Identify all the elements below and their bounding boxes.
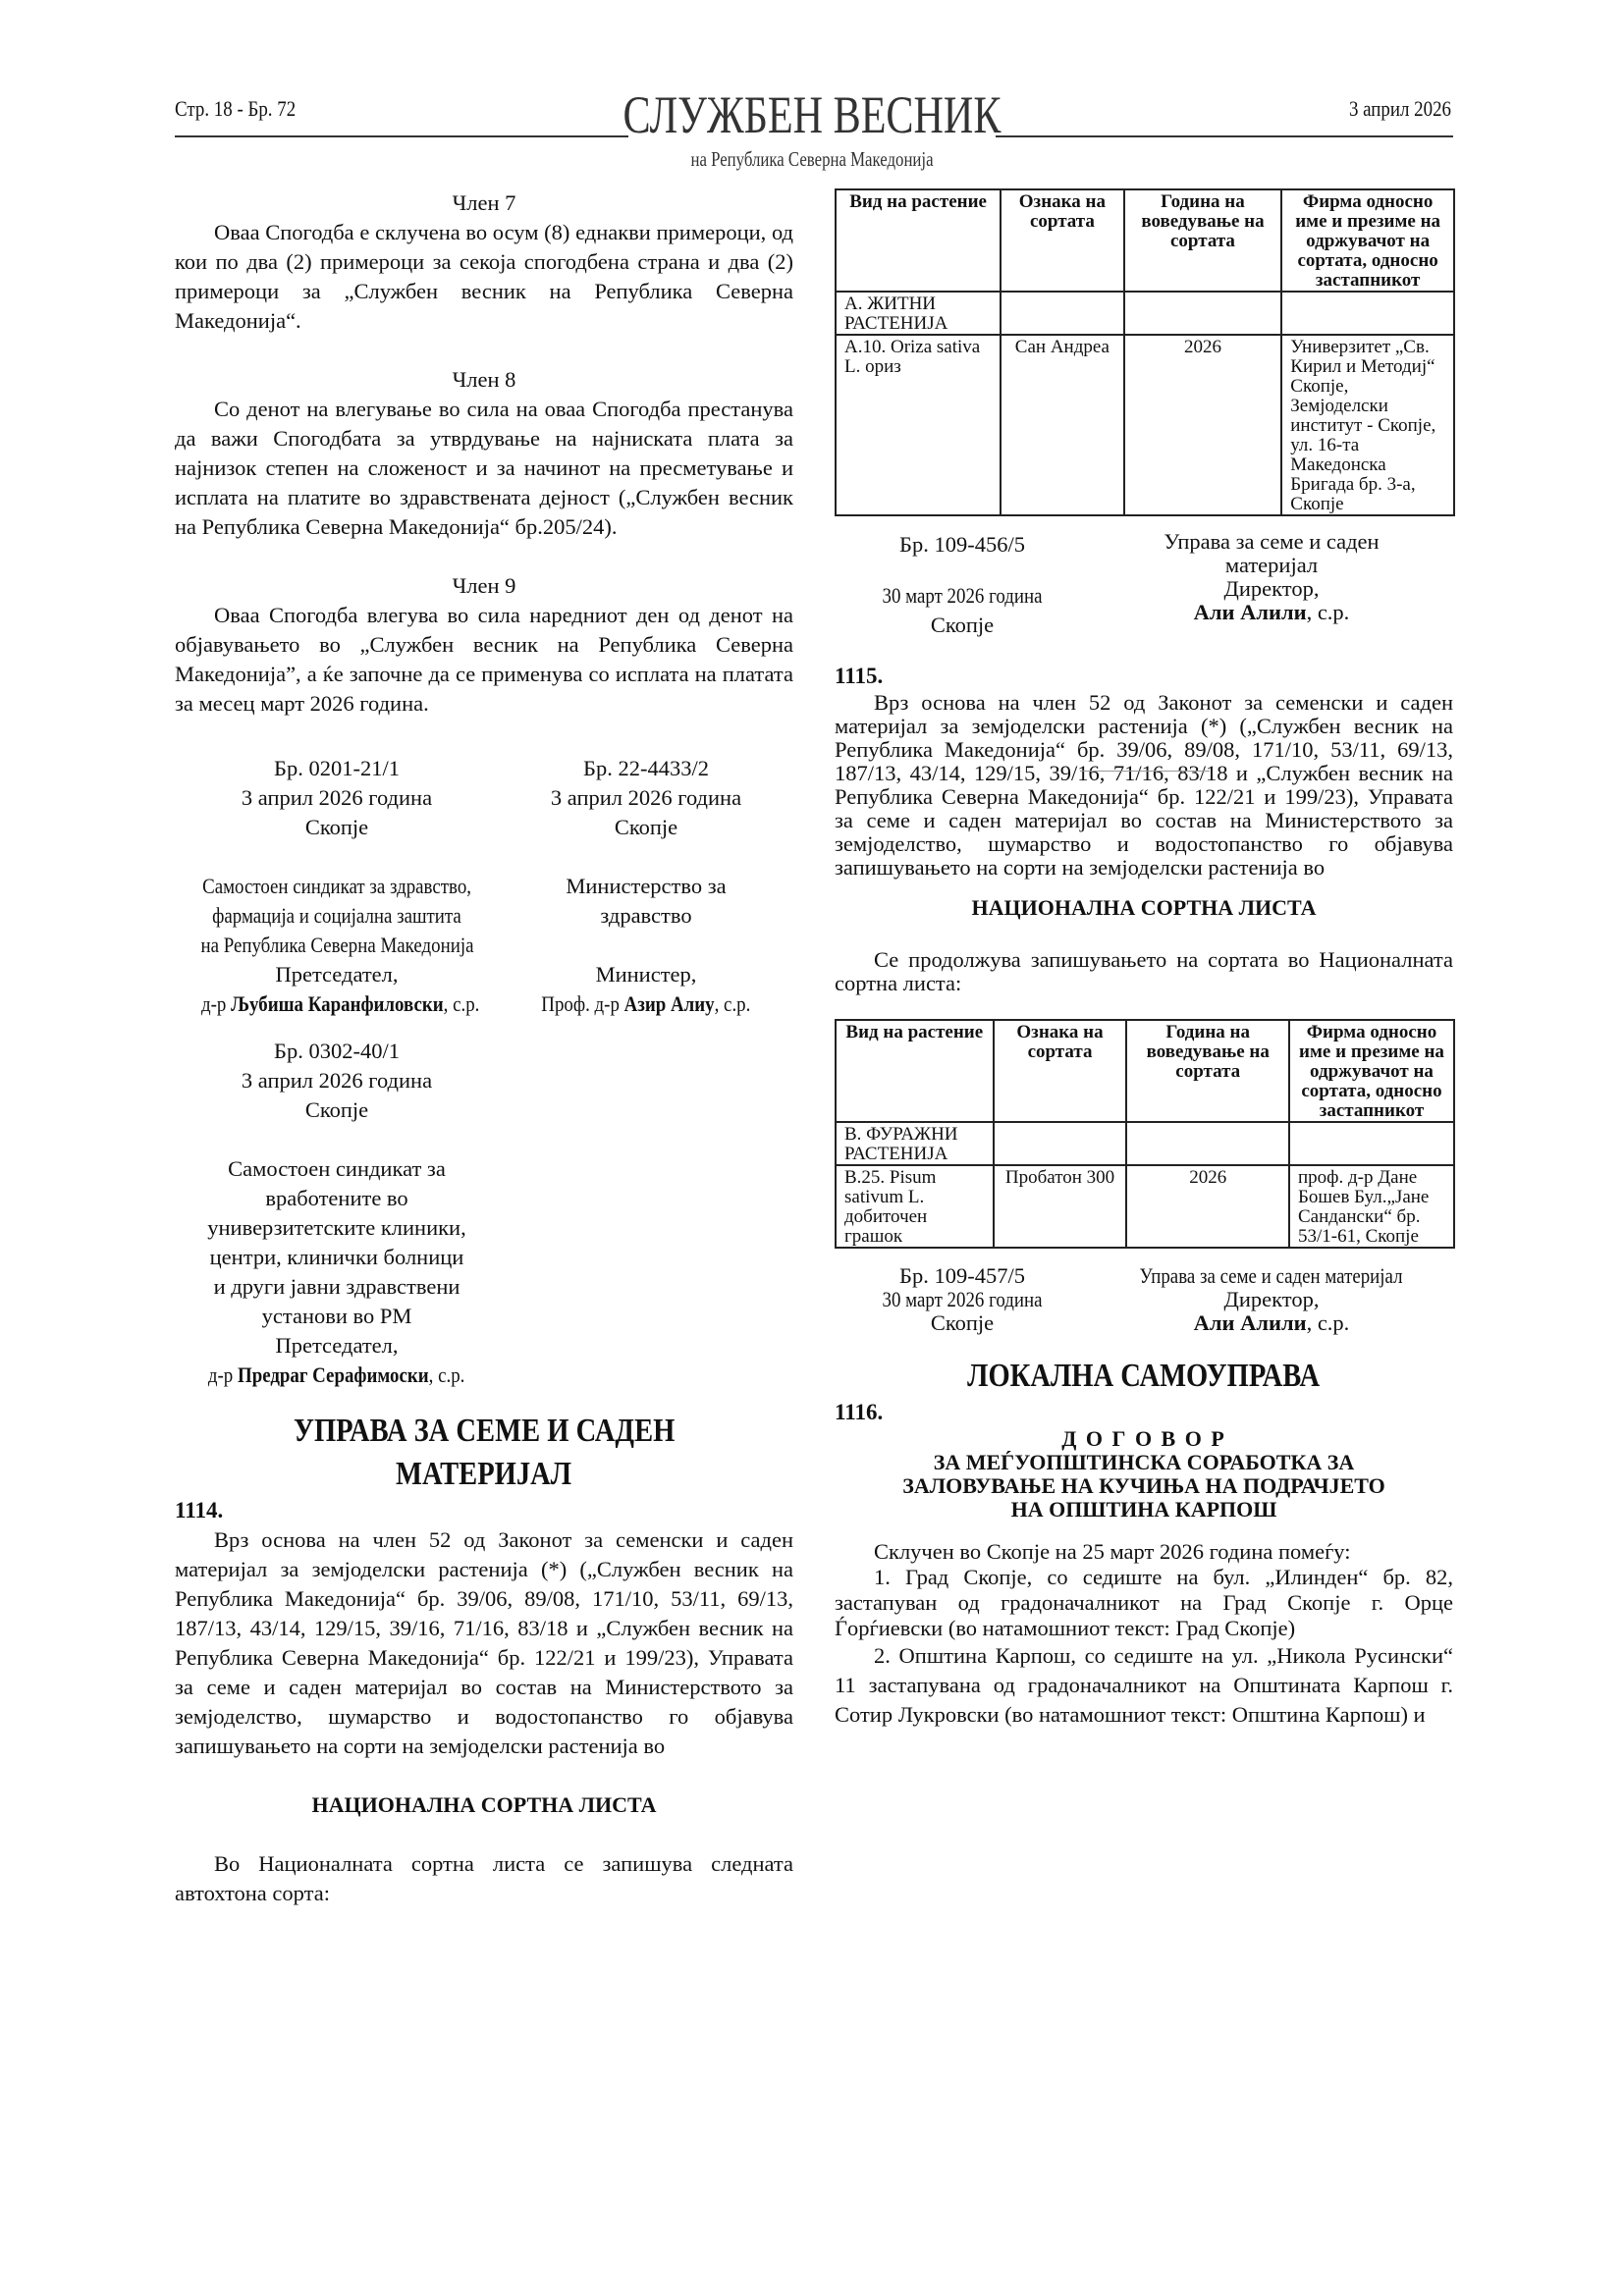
- sig-org-line: Управа за семе и саден материјал: [1140, 1264, 1403, 1288]
- sig-org-line: Самостоен синдикат за здравство,: [202, 872, 471, 901]
- table-row: В.25. Pisum sativum L. добиточен грашок …: [836, 1165, 1454, 1248]
- column-header: Вид на растение: [836, 189, 1001, 292]
- agreement-para-1: Склучен во Скопје на 25 март 2026 година…: [835, 1539, 1453, 1565]
- item-1115-intro: Се продолжува запишувањето на сортата во…: [835, 948, 1453, 995]
- sig-city: Скопје: [835, 611, 1090, 640]
- sig-date: 3 април 2026 година: [175, 783, 499, 813]
- column-header: Година на воведување на сортата: [1124, 189, 1282, 292]
- sig-number: Бр. 0201-21/1: [175, 754, 499, 783]
- table-row: А. ЖИТНИ РАСТЕНИЈА: [836, 292, 1454, 335]
- article-7-heading: Член 7: [175, 188, 793, 218]
- item-number-1115: 1115.: [835, 662, 1453, 691]
- signatory-name: Али Алили: [1194, 1310, 1307, 1335]
- sig-org-line: фармација и социјална заштита: [212, 901, 461, 931]
- sig-city: Скопје: [175, 1095, 499, 1125]
- sig-org-line: Самостоен синдикат за: [175, 1154, 499, 1184]
- sig-number: Бр. 22-4433/2: [499, 754, 793, 783]
- signatory-name: Али Алили: [1194, 600, 1307, 624]
- right-column: Вид на растение Ознака на сортата Година…: [835, 188, 1453, 1730]
- header-rule-right: [996, 135, 1453, 137]
- sig-number: Бр. 109-456/5: [835, 530, 1090, 560]
- sig-org-line: здравство: [499, 901, 793, 931]
- sig-date: 30 март 2026 година: [883, 1288, 1043, 1311]
- variety-table-1114: Вид на растение Ознака на сортата Година…: [835, 188, 1455, 516]
- sig-number: Бр. 109-457/5: [835, 1264, 1090, 1288]
- article-8-text: Со денот на влегување во сила на оваа Сп…: [175, 395, 793, 542]
- column-header: Ознака на сортата: [1001, 189, 1123, 292]
- sig-org-line: универзитетските клиники,: [175, 1213, 499, 1243]
- table-header-row: Вид на растение Ознака на сортата Година…: [836, 1020, 1454, 1122]
- header-rule-left: [175, 135, 628, 137]
- sig-org-line: материјал: [1090, 554, 1453, 577]
- article-9-text: Оваа Спогодба влегува во сила наредниот …: [175, 601, 793, 719]
- item-number-1114: 1114.: [175, 1496, 793, 1525]
- sig-org-line: вработените во: [175, 1184, 499, 1213]
- signature-block-1114: Бр. 109-456/5 30 март 2026 година Скопје…: [835, 530, 1453, 640]
- column-header: Ознака на сортата: [994, 1020, 1127, 1122]
- column-header: Година на воведување на сортата: [1126, 1020, 1289, 1122]
- sig-org-line: Министерство за: [499, 872, 793, 901]
- sig-city: Скопје: [175, 813, 499, 842]
- table-row: А.10. Oriza sativa L. ориз Сан Андреа 20…: [836, 335, 1454, 515]
- signatory-name: Предраг Серафимоски: [238, 1362, 429, 1387]
- separator-rule: [1080, 771, 1210, 772]
- sig-role: Претседател,: [175, 960, 499, 989]
- section-title-local-government: ЛОКАЛНА САМОУПРАВА: [835, 1355, 1453, 1398]
- sig-role: Директор,: [1090, 577, 1453, 601]
- item-1114-intro: Во Националната сортна листа се запишува…: [175, 1849, 793, 1908]
- national-variety-list-title: НАЦИОНАЛНА СОРТНА ЛИСТА: [175, 1790, 793, 1820]
- variety-table-1115: Вид на растение Ознака на сортата Година…: [835, 1019, 1455, 1249]
- section-title-seed-authority: УПРАВА ЗА СЕМЕ И САДЕН МАТЕРИЈАЛ: [175, 1410, 793, 1496]
- agreement-para-3: 2. Општина Карпош, со седиште на ул. „Ни…: [835, 1641, 1453, 1730]
- sig-number: Бр. 0302-40/1: [175, 1037, 499, 1066]
- sig-org-line: на Република Северна Македонија: [200, 931, 473, 960]
- sig-name-line: д-р Љубиша Карaнфиловски, с.р.: [201, 989, 479, 1019]
- item-1114-text: Врз основа на член 52 од Законот за семе…: [175, 1525, 793, 1761]
- signatory-name: Азир Алиу: [624, 991, 715, 1016]
- agreement-title: Д О Г О В О Р ЗА МЕЃУОПШТИНСКА СОРАБОТКА…: [835, 1427, 1453, 1522]
- sig-date: 30 март 2026 година: [883, 581, 1043, 611]
- column-header: Фирма односно име и презиме на одржувачо…: [1281, 189, 1454, 292]
- sig-org-line: Управа за семе и саден: [1090, 530, 1453, 554]
- national-variety-list-title: НАЦИОНАЛНА СОРТНА ЛИСТА: [835, 893, 1453, 923]
- issue-date: 3 април 2026: [1349, 96, 1451, 122]
- sig-org-line: и други јавни здравствени: [175, 1272, 499, 1302]
- sig-date: 3 април 2026 година: [175, 1066, 499, 1095]
- sig-city: Скопје: [499, 813, 793, 842]
- signatures-row: Бр. 0201-21/1 3 април 2026 година Скопје…: [175, 754, 793, 1019]
- signature-block-university-union: Бр. 0302-40/1 3 април 2026 година Скопје…: [175, 1037, 499, 1390]
- table-row: В. ФУРАЖНИ РАСТЕНИЈА: [836, 1122, 1454, 1165]
- column-header: Вид на растение: [836, 1020, 994, 1122]
- item-1115-text: Врз основа на член 52 од Законот за семе…: [835, 691, 1453, 880]
- sig-role: Претседател,: [175, 1331, 499, 1361]
- sig-name-line: Проф. д-р Азир Алиу, с.р.: [541, 989, 750, 1019]
- sig-role: Директор,: [1090, 1288, 1453, 1311]
- signature-block-1115: Бр. 109-457/5 30 март 2026 година Скопје…: [835, 1264, 1453, 1335]
- item-number-1116: 1116.: [835, 1398, 1453, 1427]
- left-column: Член 7 Оваа Спогодба е склучена во осум …: [175, 188, 793, 1908]
- sig-role: Министер,: [499, 960, 793, 989]
- article-8-heading: Член 8: [175, 365, 793, 395]
- gazette-subtitle: на Република Северна Македонија: [162, 147, 1461, 172]
- article-7-text: Оваа Спогодба е склучена во осум (8) едн…: [175, 218, 793, 336]
- signature-block-union: Бр. 0201-21/1 3 април 2026 година Скопје…: [175, 754, 499, 1019]
- signature-block-ministry: Бр. 22-4433/2 3 април 2026 година Скопје…: [499, 754, 793, 1019]
- table-header-row: Вид на растение Ознака на сортата Година…: [836, 189, 1454, 292]
- column-header: Фирма односно име и презиме на одржувачо…: [1289, 1020, 1454, 1122]
- agreement-para-2: 1. Град Скопје, со седиште на бул. „Илин…: [835, 1565, 1453, 1641]
- sig-org-line: установи во РМ: [175, 1302, 499, 1331]
- sig-org-line: центри, клинички болници: [175, 1243, 499, 1272]
- sig-date: 3 април 2026 година: [499, 783, 793, 813]
- signatory-name: Љубиша Карaнфиловски: [231, 991, 444, 1016]
- sig-name-line: д-р Предраг Серафимоски, с.р.: [208, 1361, 464, 1390]
- sig-city: Скопје: [835, 1311, 1090, 1335]
- article-9-heading: Член 9: [175, 571, 793, 601]
